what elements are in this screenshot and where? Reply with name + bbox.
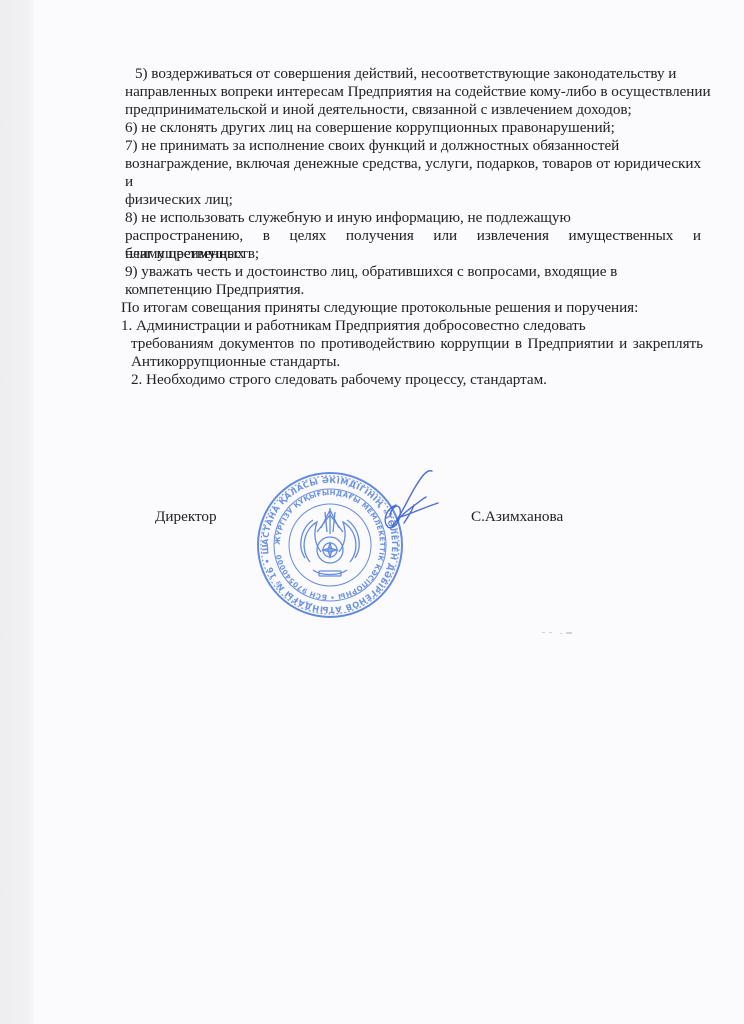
text-line: 6) не склонять других лиц на совершение … [125,119,615,137]
text-line: и [125,173,133,191]
text-line: физических лиц; [125,191,233,209]
text-line: предпринимательской и иной деятельности,… [125,101,632,119]
handwritten-signature-icon [360,465,450,555]
text-line: благ и преимуществ; [125,245,259,263]
text-line: вознаграждение, включая денежные средств… [125,155,701,173]
text-line: компетенцию Предприятия. [125,281,304,299]
text-line: 1. Администрации и работникам Предприяти… [121,317,586,335]
text-line: 8) не использовать служебную и иную инфо… [125,209,571,227]
text-line: Антикоррупционные стандарты. [131,353,340,371]
scan-artifact [540,630,580,636]
text-line: направленных вопреки интересам Предприят… [125,83,711,101]
text-line: 5) воздерживаться от совершения действий… [135,65,676,83]
signatory-name: С.Азимханова [471,508,563,526]
scan-edge-shadow [0,0,34,1024]
text-line: 9) уважать честь и достоинство лиц, обра… [125,263,617,281]
signatory-position: Директор [155,508,217,526]
text-line: 7) не принимать за исполнение своих функ… [125,137,619,155]
text-line: требованиям документов по противодействи… [131,335,703,353]
text-line: 2. Необходимо строго следовать рабочему … [131,371,547,389]
text-line: По итогам совещания приняты следующие пр… [121,299,638,317]
